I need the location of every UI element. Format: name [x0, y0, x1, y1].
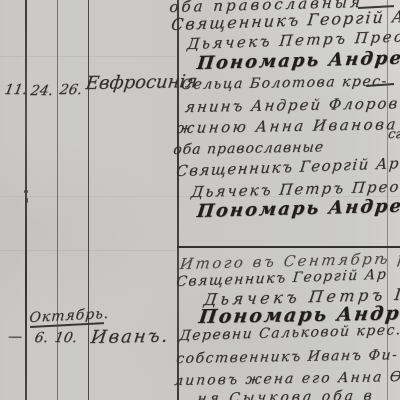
entry-divider-rule	[177, 246, 400, 248]
oct-birth-day: 6.	[34, 331, 50, 345]
column-rule-baptismday	[88, 0, 89, 400]
sept-parents-line-2: янинъ Андрей Флоровъ	[184, 96, 400, 115]
oct-baptism-day: 10.	[54, 331, 79, 345]
sept-sexton-line: Пономарь Андрей Н	[196, 196, 400, 221]
sept-baptism-day: 26.	[59, 83, 84, 97]
sept-priest-line: Священникъ Георгій Аре	[175, 156, 400, 179]
oct-child-name: Иванъ.	[90, 328, 171, 347]
oct-record-number: —	[8, 330, 22, 344]
sept-parents-line-3: жиною Анна Иванова	[176, 117, 399, 136]
next-column-fragment: сг	[387, 128, 400, 141]
oct-parents-line-4: ня Сычкова оба в	[197, 389, 376, 400]
sept-parents-line-4: оба православные	[173, 140, 325, 157]
oct-parents-line-3: липовъ жена его Анна Ѳ	[174, 370, 400, 388]
oct-parents-line-2: собственникъ Иванъ Фи-	[176, 348, 399, 366]
sept-parents-line-1: Сельца Болотова крес-	[181, 74, 389, 92]
metrical-book-scan: оба православныя Священникъ Георгій А Дь…	[0, 0, 400, 400]
oct-parents-line-1: Деревни Сальковой крес.	[179, 323, 400, 343]
sept-birth-day: 24.	[30, 84, 55, 98]
prev-entry-sexton-line: Пономарь Андрей Н	[196, 48, 400, 73]
column-rule-margin	[25, 0, 27, 400]
sept-record-number: 11.	[4, 83, 29, 97]
